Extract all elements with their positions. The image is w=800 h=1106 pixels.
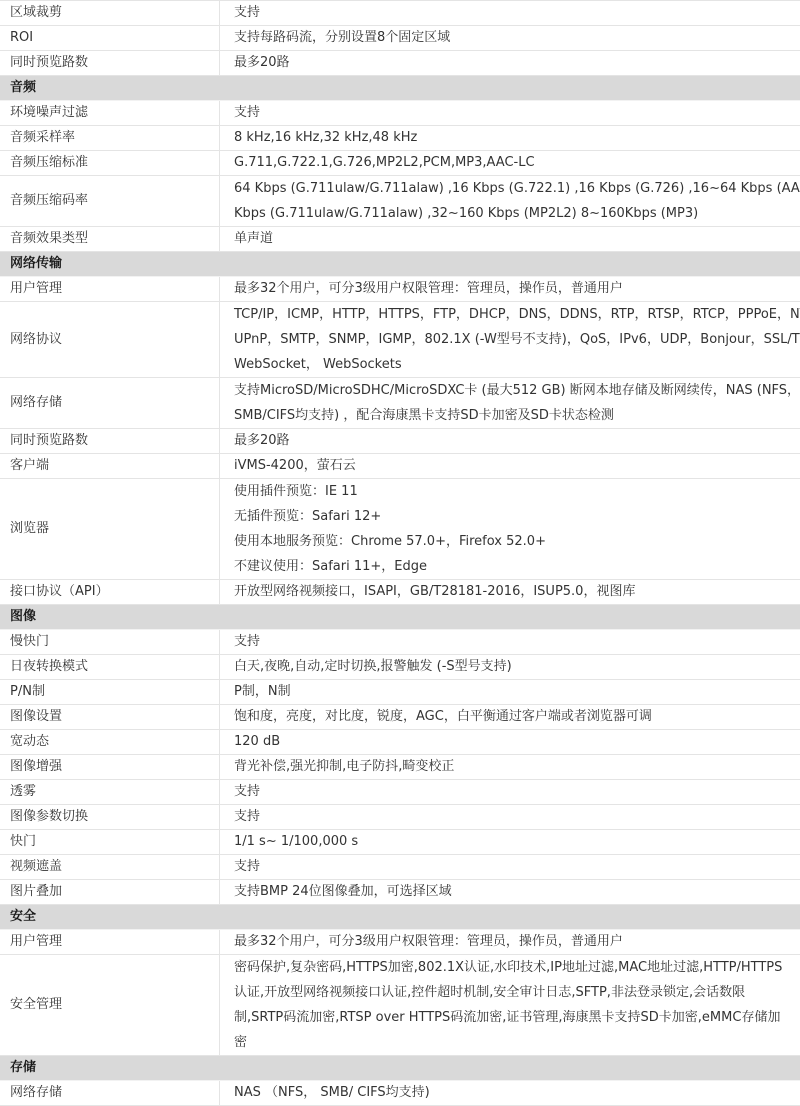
section-header: 图像: [0, 605, 800, 630]
row-value-line: 支持: [234, 855, 794, 879]
row-value-line: 8 kHz,16 kHz,32 kHz,48 kHz: [234, 126, 794, 150]
row-value-line: 支持: [234, 780, 794, 804]
table-row: 图片叠加支持BMP 24位图像叠加，可选择区域: [0, 880, 800, 905]
row-value-line: 单声道: [234, 227, 794, 251]
table-row: 宽动态120 dB: [0, 730, 800, 755]
row-value-line: 最多20路: [234, 429, 794, 453]
row-value: 支持: [220, 101, 800, 125]
row-value: 支持每路码流，分别设置8个固定区域: [220, 26, 800, 50]
row-label: 视频遮盖: [0, 855, 220, 879]
row-value-line: 1/1 s~ 1/100,000 s: [234, 830, 794, 854]
row-label: 宽动态: [0, 730, 220, 754]
row-value: G.711,G.722.1,G.726,MP2L2,PCM,MP3,AAC-LC: [220, 151, 800, 175]
row-value: NAS （NFS， SMB/ CIFS均支持): [220, 1081, 800, 1105]
row-value: 最多20路: [220, 51, 800, 75]
row-value-line: Kbps (G.711ulaw/G.711alaw) ,32~160 Kbps …: [234, 201, 794, 226]
row-value: 支持: [220, 780, 800, 804]
row-value: TCP/IP，ICMP，HTTP，HTTPS，FTP，DHCP，DNS，DDNS…: [220, 302, 800, 377]
row-value-line: UPnP，SMTP，SNMP，IGMP，802.1X (-W型号不支持)，QoS…: [234, 327, 794, 352]
row-label: 快门: [0, 830, 220, 854]
row-label: 环境噪声过滤: [0, 101, 220, 125]
row-value-line: 背光补偿,强光抑制,电子防抖,畸变校正: [234, 755, 794, 779]
row-value: 1/1 s~ 1/100,000 s: [220, 830, 800, 854]
row-label: 音频压缩码率: [0, 176, 220, 226]
table-row: ROI支持每路码流，分别设置8个固定区域: [0, 26, 800, 51]
row-value-line: 使用插件预览：IE 11: [234, 479, 794, 504]
table-row: 图像增强背光补偿,强光抑制,电子防抖,畸变校正: [0, 755, 800, 780]
row-label: 图片叠加: [0, 880, 220, 904]
table-row: 快门1/1 s~ 1/100,000 s: [0, 830, 800, 855]
row-value-line: 最多20路: [234, 51, 794, 75]
row-value: 开放型网络视频接口，ISAPI，GB/T28181-2016，ISUP5.0，视…: [220, 580, 800, 604]
row-value-line: 密码保护,复杂密码,HTTPS加密,802.1X认证,水印技术,IP地址过滤,M…: [234, 955, 794, 980]
row-value-line: 64 Kbps (G.711ulaw/G.711alaw) ,16 Kbps (…: [234, 176, 794, 201]
table-row: 图像参数切换支持: [0, 805, 800, 830]
row-value-line: 最多32个用户，可分3级用户权限管理：管理员，操作员，普通用户: [234, 930, 794, 954]
row-value-line: 制,SRTP码流加密,RTSP over HTTPS码流加密,证书管理,海康黑卡…: [234, 1005, 794, 1030]
row-label: 透雾: [0, 780, 220, 804]
row-value: 64 Kbps (G.711ulaw/G.711alaw) ,16 Kbps (…: [220, 176, 800, 226]
row-label: 同时预览路数: [0, 51, 220, 75]
row-label: 网络存储: [0, 378, 220, 428]
row-value-line: SMB/CIFS均支持) ，配合海康黑卡支持SD卡加密及SD卡状态检测: [234, 403, 794, 428]
row-value-line: TCP/IP，ICMP，HTTP，HTTPS，FTP，DHCP，DNS，DDNS…: [234, 302, 794, 327]
table-row: 同时预览路数最多20路: [0, 429, 800, 454]
table-row: 视频遮盖支持: [0, 855, 800, 880]
section-header: 存储: [0, 1056, 800, 1081]
row-value-line: P制，N制: [234, 680, 794, 704]
section-header: 网络传输: [0, 252, 800, 277]
row-value: 支持: [220, 630, 800, 654]
row-value: 最多20路: [220, 429, 800, 453]
row-value: 最多32个用户，可分3级用户权限管理：管理员，操作员，普通用户: [220, 930, 800, 954]
row-value-line: 白天,夜晚,自动,定时切换,报警触发 (-S型号支持): [234, 655, 794, 679]
table-row: 音频压缩码率64 Kbps (G.711ulaw/G.711alaw) ,16 …: [0, 176, 800, 227]
row-label: ROI: [0, 26, 220, 50]
row-value: 饱和度，亮度，对比度，锐度，AGC，白平衡通过客户端或者浏览器可调: [220, 705, 800, 729]
row-value: 支持: [220, 1, 800, 25]
row-value: 支持MicroSD/MicroSDHC/MicroSDXC卡 (最大512 GB…: [220, 378, 800, 428]
row-value-line: G.711,G.722.1,G.726,MP2L2,PCM,MP3,AAC-LC: [234, 151, 794, 175]
table-row: 慢快门支持: [0, 630, 800, 655]
row-value-line: 认证,开放型网络视频接口认证,控件超时机制,安全审计日志,SFTP,非法登录锁定…: [234, 980, 794, 1005]
row-value: 使用插件预览：IE 11无插件预览：Safari 12+使用本地服务预览：Chr…: [220, 479, 800, 579]
row-value: iVMS-4200，萤石云: [220, 454, 800, 478]
row-label: P/N制: [0, 680, 220, 704]
table-row: 同时预览路数最多20路: [0, 51, 800, 76]
table-row: 客户端iVMS-4200，萤石云: [0, 454, 800, 479]
table-row: 音频采样率8 kHz,16 kHz,32 kHz,48 kHz: [0, 126, 800, 151]
row-label: 浏览器: [0, 479, 220, 579]
row-value-line: 支持每路码流，分别设置8个固定区域: [234, 26, 794, 50]
table-row: 网络存储支持MicroSD/MicroSDHC/MicroSDXC卡 (最大51…: [0, 378, 800, 429]
row-value-line: 无插件预览：Safari 12+: [234, 504, 794, 529]
spec-table: 区域裁剪支持ROI支持每路码流，分别设置8个固定区域同时预览路数最多20路音频环…: [0, 0, 800, 1106]
row-label: 音频效果类型: [0, 227, 220, 251]
row-value-line: 120 dB: [234, 730, 794, 754]
row-value-line: 支持BMP 24位图像叠加，可选择区域: [234, 880, 794, 904]
row-value-line: 密: [234, 1030, 794, 1055]
row-label: 图像参数切换: [0, 805, 220, 829]
row-label: 安全管理: [0, 955, 220, 1055]
row-label: 用户管理: [0, 277, 220, 301]
table-row: 音频压缩标准G.711,G.722.1,G.726,MP2L2,PCM,MP3,…: [0, 151, 800, 176]
table-row: 网络协议TCP/IP，ICMP，HTTP，HTTPS，FTP，DHCP，DNS，…: [0, 302, 800, 378]
row-label: 音频采样率: [0, 126, 220, 150]
section-header: 安全: [0, 905, 800, 930]
row-value-line: 支持: [234, 101, 794, 125]
table-row: 接口协议（API）开放型网络视频接口，ISAPI，GB/T28181-2016，…: [0, 580, 800, 605]
row-value-line: 支持: [234, 630, 794, 654]
row-label: 区域裁剪: [0, 1, 220, 25]
row-label: 图像设置: [0, 705, 220, 729]
table-row: 用户管理最多32个用户，可分3级用户权限管理：管理员，操作员，普通用户: [0, 277, 800, 302]
row-value-line: WebSocket， WebSockets: [234, 352, 794, 377]
table-row: 安全管理密码保护,复杂密码,HTTPS加密,802.1X认证,水印技术,IP地址…: [0, 955, 800, 1056]
row-value: 密码保护,复杂密码,HTTPS加密,802.1X认证,水印技术,IP地址过滤,M…: [220, 955, 800, 1055]
row-value: 支持: [220, 855, 800, 879]
row-value-line: NAS （NFS， SMB/ CIFS均支持): [234, 1081, 794, 1105]
row-value-line: 饱和度，亮度，对比度，锐度，AGC，白平衡通过客户端或者浏览器可调: [234, 705, 794, 729]
row-value-line: 不建议使用：Safari 11+，Edge: [234, 554, 794, 579]
row-label: 用户管理: [0, 930, 220, 954]
table-row: 透雾支持: [0, 780, 800, 805]
row-value-line: iVMS-4200，萤石云: [234, 454, 794, 478]
row-value: 支持: [220, 805, 800, 829]
row-value-line: 开放型网络视频接口，ISAPI，GB/T28181-2016，ISUP5.0，视…: [234, 580, 794, 604]
row-value-line: 支持MicroSD/MicroSDHC/MicroSDXC卡 (最大512 GB…: [234, 378, 794, 403]
row-label: 慢快门: [0, 630, 220, 654]
row-value: 背光补偿,强光抑制,电子防抖,畸变校正: [220, 755, 800, 779]
row-value-line: 使用本地服务预览：Chrome 57.0+，Firefox 52.0+: [234, 529, 794, 554]
table-row: 区域裁剪支持: [0, 1, 800, 26]
table-row: 图像设置饱和度，亮度，对比度，锐度，AGC，白平衡通过客户端或者浏览器可调: [0, 705, 800, 730]
row-label: 接口协议（API）: [0, 580, 220, 604]
row-value: 单声道: [220, 227, 800, 251]
table-row: 网络存储NAS （NFS， SMB/ CIFS均支持): [0, 1081, 800, 1106]
row-value-line: 支持: [234, 805, 794, 829]
row-label: 网络协议: [0, 302, 220, 377]
row-value: 支持BMP 24位图像叠加，可选择区域: [220, 880, 800, 904]
row-value: 120 dB: [220, 730, 800, 754]
table-row: 浏览器使用插件预览：IE 11无插件预览：Safari 12+使用本地服务预览：…: [0, 479, 800, 580]
row-label: 音频压缩标准: [0, 151, 220, 175]
row-value: 最多32个用户，可分3级用户权限管理：管理员，操作员，普通用户: [220, 277, 800, 301]
table-row: 用户管理最多32个用户，可分3级用户权限管理：管理员，操作员，普通用户: [0, 930, 800, 955]
row-value-line: 最多32个用户，可分3级用户权限管理：管理员，操作员，普通用户: [234, 277, 794, 301]
row-label: 客户端: [0, 454, 220, 478]
row-value: 8 kHz,16 kHz,32 kHz,48 kHz: [220, 126, 800, 150]
table-row: 音频效果类型单声道: [0, 227, 800, 252]
table-row: 日夜转换模式白天,夜晚,自动,定时切换,报警触发 (-S型号支持): [0, 655, 800, 680]
table-row: P/N制P制，N制: [0, 680, 800, 705]
row-label: 日夜转换模式: [0, 655, 220, 679]
table-row: 环境噪声过滤支持: [0, 101, 800, 126]
section-header: 音频: [0, 76, 800, 101]
row-label: 网络存储: [0, 1081, 220, 1105]
row-value: 白天,夜晚,自动,定时切换,报警触发 (-S型号支持): [220, 655, 800, 679]
row-label: 同时预览路数: [0, 429, 220, 453]
row-value: P制，N制: [220, 680, 800, 704]
row-value-line: 支持: [234, 1, 794, 25]
row-label: 图像增强: [0, 755, 220, 779]
